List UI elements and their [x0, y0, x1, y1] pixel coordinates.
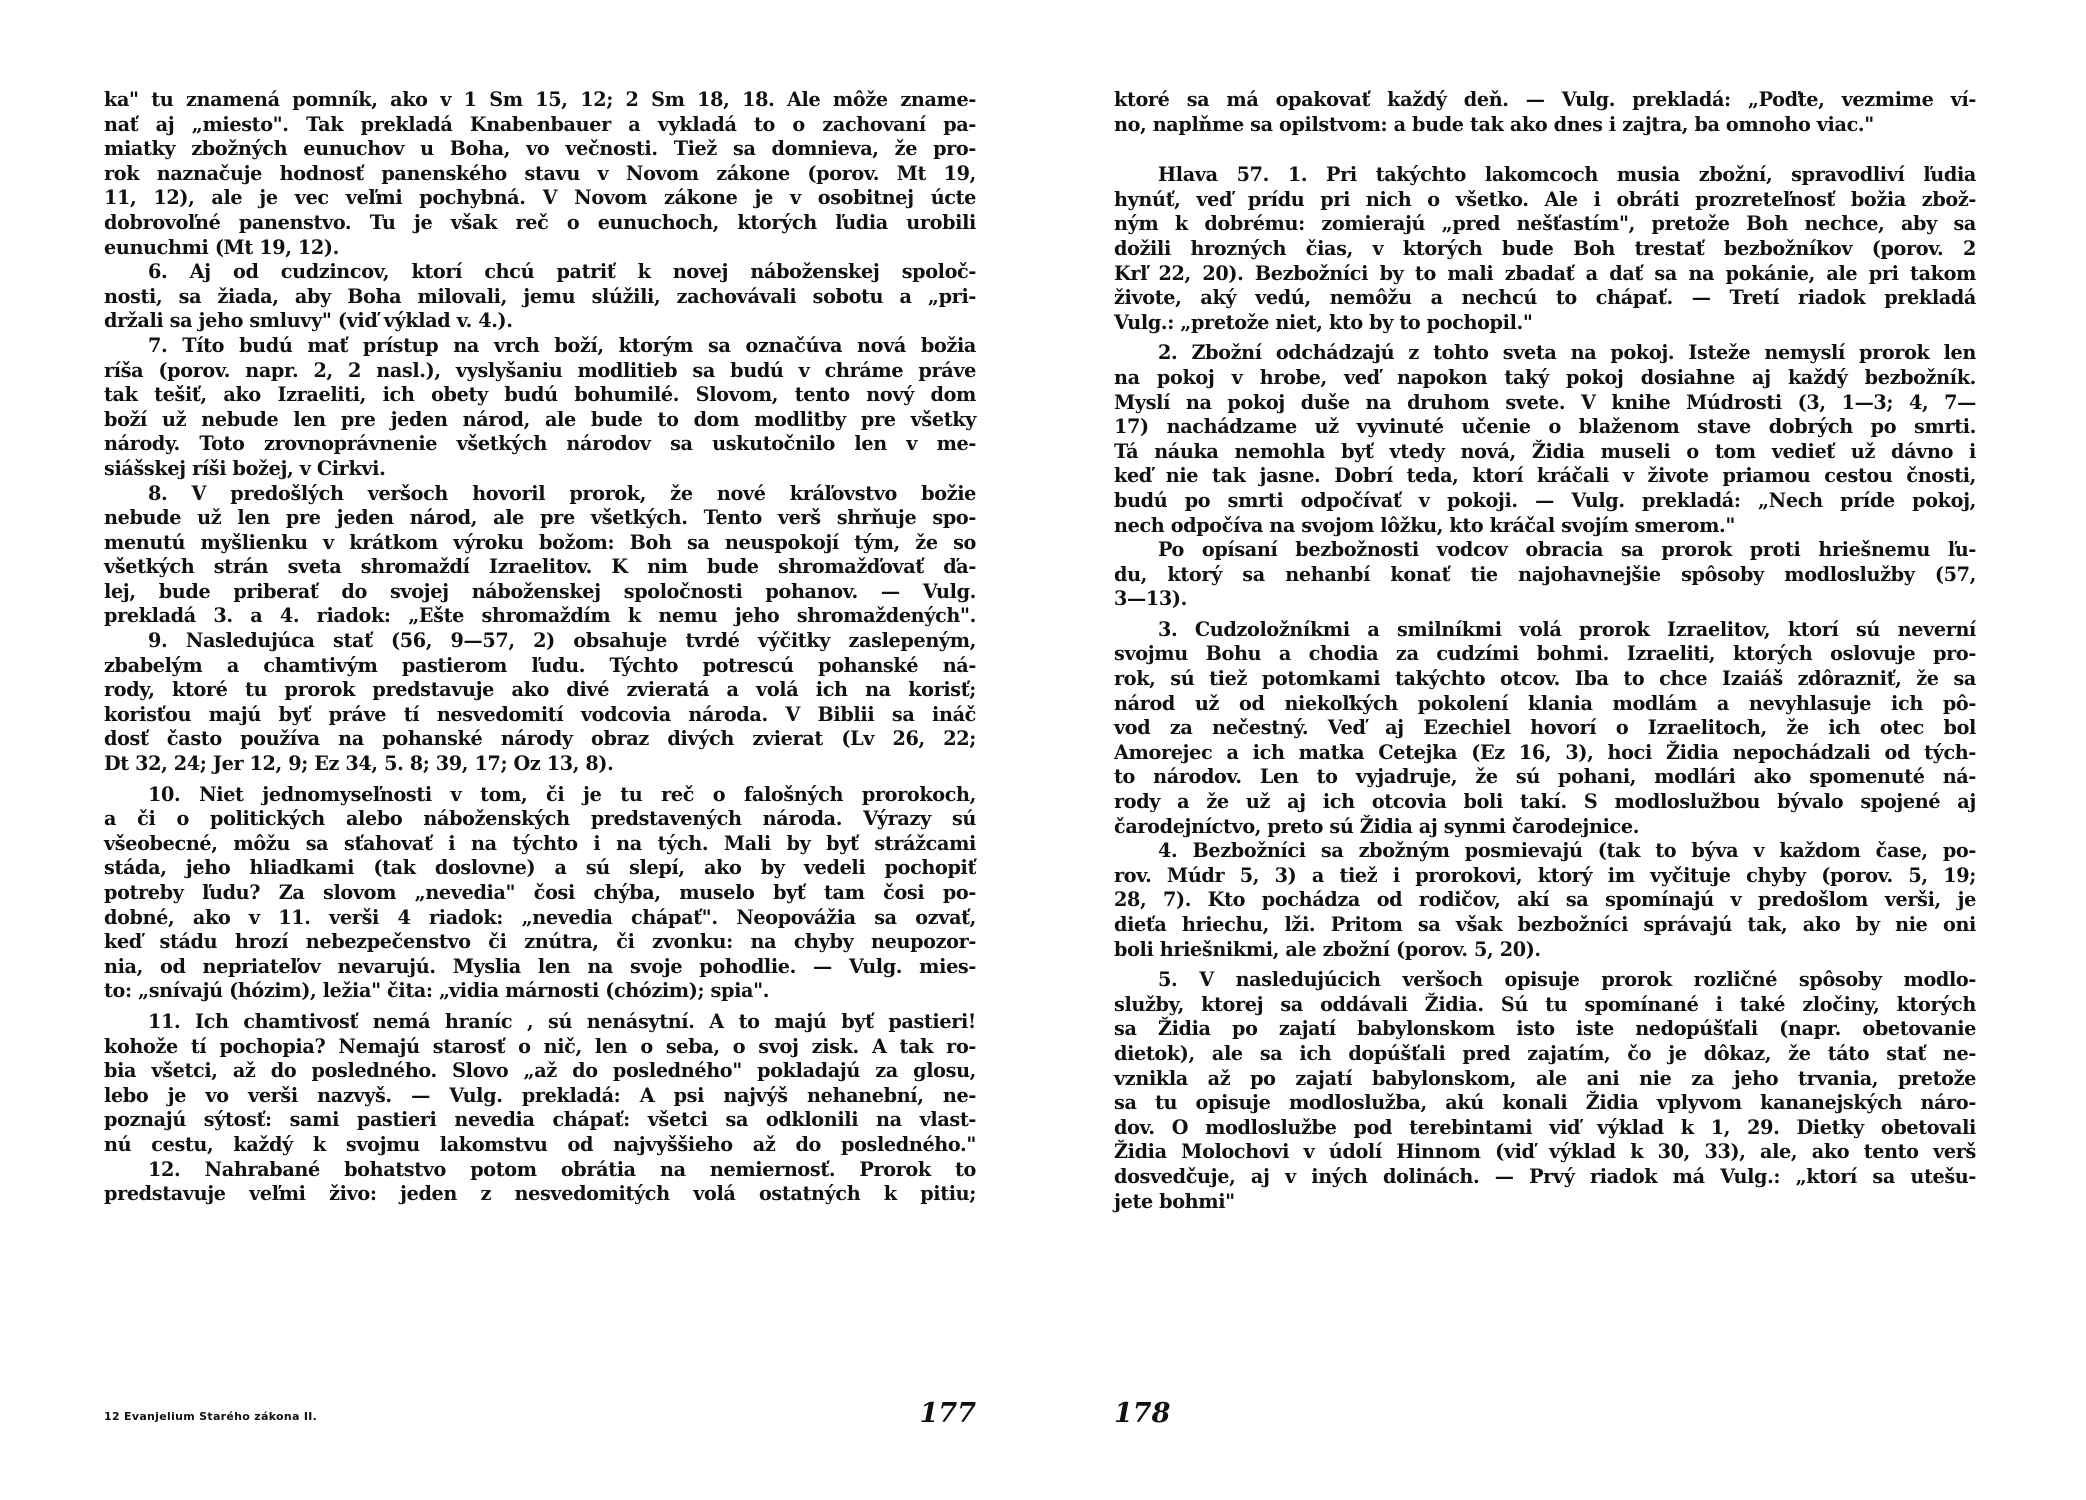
text-line: dietok), ale sa ich dopúšťali pred zajat… [1114, 1042, 1976, 1067]
text-line: tak tešiť, ako Izraeliti, ich obety budú… [104, 383, 976, 408]
text-line: 4. Bezbožníci sa zbožným posmievajú (tak… [1114, 839, 1976, 864]
text-line: no, naplňme sa opilstvom: a bude tak ako… [1114, 113, 1976, 138]
text-line: stáda, jeho hliadkami (tak doslovne) a s… [104, 856, 976, 881]
text-line: vod za nečestný. Veď aj Ezechiel hovorí … [1114, 716, 1976, 741]
text-line: dobné, ako v 11. verši 4 riadok: „nevedi… [104, 906, 976, 931]
text-line: všetkých strán sveta shromaždí Izraelito… [104, 555, 976, 580]
text-line: jete bohmi" [1114, 1190, 1976, 1215]
text-line: národ už od niekoľkých pokolení klania m… [1114, 692, 1976, 717]
text-line: 28, 7). Kto pochádza od rodičov, akí sa … [1114, 888, 1976, 913]
page-number: 177 [920, 1398, 976, 1429]
text-line: predstavuje veľmi živo: jeden z nesvedom… [104, 1182, 976, 1207]
text-line: zbabelým a chamtivým pastierom ľudu. Týc… [104, 654, 976, 679]
text-line: čarodejníctvo, preto sú Židia aj synmi č… [1114, 815, 1976, 840]
text-line: to: „snívajú (hózim), ležia" čita: „vidi… [104, 979, 976, 1004]
text-line: budú po smrti odpočívať v pokoji. — Vulg… [1114, 489, 1976, 514]
text-line: menutú myšlienku v krátkom výroku božom:… [104, 531, 976, 556]
text-line: 11. Ich chamtivosť nemá hraníc , sú nená… [104, 1010, 976, 1035]
right-page-body: ktoré sa má opakovať každý deň. — Vulg. … [1114, 88, 1976, 1214]
text-line: držali sa jeho smluvy" (viď výklad v. 4.… [104, 309, 976, 334]
text-line: sa Židia po zajatí babylonskom isto iste… [1114, 1017, 1976, 1042]
text-line: rok naznačuje hodnosť panenského stavu v… [104, 162, 976, 187]
text-line: služby, ktorej sa oddávali Židia. Sú tu … [1114, 993, 1976, 1018]
text-line: lej, bude priberať do svojej náboženskej… [104, 580, 976, 605]
text-line: 11, 12), ale je vec veľmi pochybná. V No… [104, 186, 976, 211]
text-line: 8. V predošlých veršoch hovoril prorok, … [104, 482, 976, 507]
text-line: nú cestu, každý k svojmu lakomstvu od na… [104, 1133, 976, 1158]
text-line: rov. Múdr 5, 3) a tiež i prorokovi, ktor… [1114, 864, 1976, 889]
text-line: Krľ 22, 20). Bezbožníci by to mali zbada… [1114, 262, 1976, 287]
text-line: ným k dobrému: zomierajú „pred nešťastím… [1114, 212, 1976, 237]
text-line: 17) nachádzame už vyvinuté učenie o blaž… [1114, 415, 1976, 440]
text-line: kohože tí pochopia? Nemajú starosť o nič… [104, 1035, 976, 1060]
text-line: sa tu opisuje modloslužba, akú konali Ži… [1114, 1091, 1976, 1116]
text-line: 7. Títo budú mať prístup na vrch boží, k… [104, 334, 976, 359]
page-number: 178 [1114, 1398, 1170, 1429]
text-line: a či o politických alebo náboženských pr… [104, 807, 976, 832]
text-line: dieťa hriechu, lži. Pritom sa však bezbo… [1114, 913, 1976, 938]
text-line: miatky zbožných eunuchov u Boha, vo večn… [104, 137, 976, 162]
text-line: ktoré sa má opakovať každý deň. — Vulg. … [1114, 88, 1976, 113]
text-line: rody, ktoré tu prorok predstavuje ako di… [104, 678, 976, 703]
text-line: na pokoj v hrobe, veď napokon taký pokoj… [1114, 366, 1976, 391]
text-line: nebude už len pre jeden národ, ale pre v… [104, 506, 976, 531]
text-line: Myslí na pokoj duše na druhom svete. V k… [1114, 391, 1976, 416]
text-line: živote, aký vedú, nemôžu a nechcú to chá… [1114, 286, 1976, 311]
text-line: svojmu Bohu a chodia za cudzími bohmi. I… [1114, 642, 1976, 667]
text-line: Tá náuka nemohla byť vtedy nová, Židia m… [1114, 440, 1976, 465]
left-page-footer: 12 Evanjelium Starého zákona II. 177 [104, 1398, 976, 1438]
text-line: 12. Nahrabané bohatstvo potom obrátia na… [104, 1158, 976, 1183]
text-line: 3. Cudzoložníkmi a smilníkmi volá prorok… [1114, 618, 1976, 643]
text-line: vznikla až po zajatí babylonskom, ale an… [1114, 1067, 1976, 1092]
text-line: 2. Zbožní odchádzajú z tohto sveta na po… [1114, 341, 1976, 366]
text-line: nosti, sa žiada, aby Boha milovali, jemu… [104, 285, 976, 310]
text-line: ka" tu znamená pomník, ako v 1 Sm 15, 12… [104, 88, 976, 113]
text-line: Hlava 57. 1. Pri takýchto lakomcoch musi… [1114, 163, 1976, 188]
text-line: národy. Toto zrovnoprávnenie všetkých ná… [104, 432, 976, 457]
text-line: potreby ľudu? Za slovom „nevedia" čosi c… [104, 881, 976, 906]
text-line: Dt 32, 24; Jer 12, 9; Ez 34, 5. 8; 39, 1… [104, 752, 976, 777]
text-line: všeobecné, môžu sa sťahovať i na týchto … [104, 832, 976, 857]
text-line: du, ktorý sa nehanbí konať tie najohavne… [1114, 563, 1976, 588]
text-line: siášskej ríši božej, v Cirkvi. [104, 457, 976, 482]
text-line: lebo je vo verši nazvyš. — Vulg. preklad… [104, 1084, 976, 1109]
text-line: bia všetci, až do posledného. Slovo „až … [104, 1059, 976, 1084]
text-line: poznajú sýtosť: sami pastieri nevedia ch… [104, 1108, 976, 1133]
text-line: rok, sú tiež potomkami takýchto otcov. I… [1114, 667, 1976, 692]
text-line: eunuchmi (Mt 19, 12). [104, 236, 976, 261]
text-line: Po opísaní bezbožnosti vodcov obracia sa… [1114, 538, 1976, 563]
right-page: ktoré sa má opakovať každý deň. — Vulg. … [1114, 0, 1976, 1500]
text-line: nech odpočíva na svojom lôžku, kto kráča… [1114, 514, 1976, 539]
text-line: dov. O modloslužbe pod terebintami viď v… [1114, 1116, 1976, 1141]
text-line: Amorejec a ich matka Cetejka (Ez 16, 3),… [1114, 741, 1976, 766]
text-line: rody a že už aj ich otcovia boli takí. S… [1114, 790, 1976, 815]
text-line: keď nie tak jasne. Dobrí teda, ktorí krá… [1114, 464, 1976, 489]
text-line: dobrovoľné panenstvo. Tu je však reč o e… [104, 211, 976, 236]
left-page: ka" tu znamená pomník, ako v 1 Sm 15, 12… [104, 0, 976, 1500]
text-line: 6. Aj od cudzincov, ktorí chcú patriť k … [104, 260, 976, 285]
text-line: nia, od nepriateľov nevarujú. Myslia len… [104, 955, 976, 980]
text-line: prekladá 3. a 4. riadok: „Ešte shromaždí… [104, 604, 976, 629]
text-line: 3—13). [1114, 587, 1976, 612]
text-line: boli hriešnikmi, ale zbožní (porov. 5, 2… [1114, 938, 1976, 963]
text-line: 9. Nasledujúca stať (56, 9—57, 2) obsahu… [104, 629, 976, 654]
text-line: Židia Molochovi v údolí Hinnom (viď výkl… [1114, 1140, 1976, 1165]
text-line: korisťou majú byť práve tí nesvedomití v… [104, 703, 976, 728]
text-line: 10. Niet jednomyseľnosti v tom, či je tu… [104, 783, 976, 808]
text-line: hynúť, veď prídu pri nich o všetko. Ale … [1114, 188, 1976, 213]
text-line: dožili hrozných čias, v ktorých bude Boh… [1114, 237, 1976, 262]
text-line: 5. V nasledujúcich veršoch opisuje proro… [1114, 968, 1976, 993]
text-line: ríša (porov. napr. 2, 2 nasl.), vyslyšan… [104, 359, 976, 384]
text-line: nať aj „miesto". Tak prekladá Knabenbaue… [104, 113, 976, 138]
text-line: boží už nebude len pre jeden národ, ale … [104, 408, 976, 433]
right-page-footer: 178 [1114, 1398, 1976, 1438]
left-page-body: ka" tu znamená pomník, ako v 1 Sm 15, 12… [104, 88, 976, 1207]
text-line: keď stádu hrozí nebezpečenstvo či znútra… [104, 930, 976, 955]
text-line: dosvedčuje, aj v iných dolinách. — Prvý … [1114, 1165, 1976, 1190]
printer-signature: 12 Evanjelium Starého zákona II. [104, 1410, 317, 1423]
text-line: dosť často používa na pohanské národy ob… [104, 727, 976, 752]
text-line: Vulg.: „pretože niet, kto by to pochopil… [1114, 311, 1976, 336]
text-line: to národov. Len to vyjadruje, že sú poha… [1114, 765, 1976, 790]
